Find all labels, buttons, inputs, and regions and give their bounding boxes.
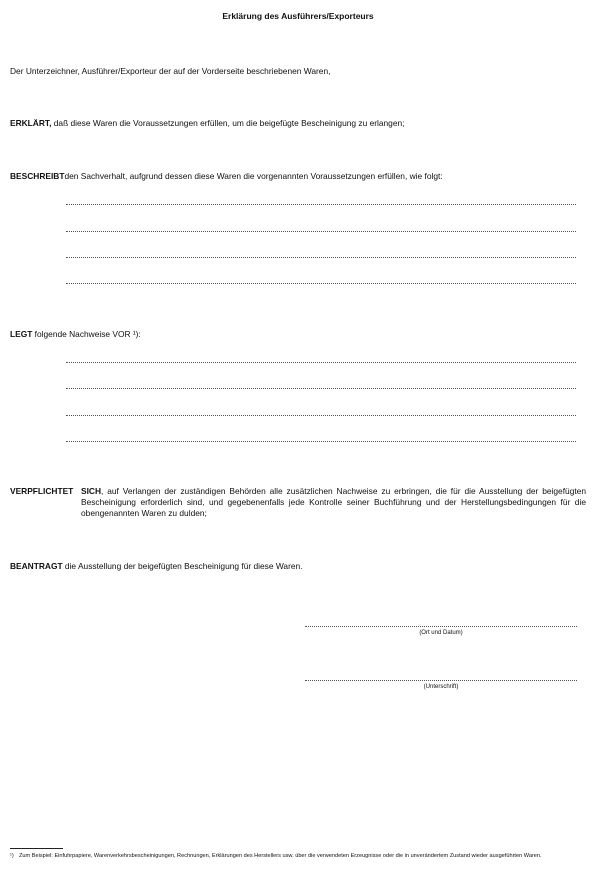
beschreibt-line-1[interactable] bbox=[66, 204, 576, 205]
legt-line-2[interactable] bbox=[66, 388, 576, 389]
legt-line-4[interactable] bbox=[66, 441, 576, 442]
intro-text: Der Unterzeichner, Ausführer/Exporteur d… bbox=[10, 66, 330, 76]
section-erklaert: ERKLÄRT, daß diese Waren die Voraussetzu… bbox=[10, 118, 405, 128]
beschreibt-line-2[interactable] bbox=[66, 231, 576, 232]
section-lead: BEANTRAGT bbox=[10, 561, 63, 571]
section-legt: LEGT folgende Nachweise VOR ¹): bbox=[10, 329, 141, 339]
footnote-divider bbox=[10, 848, 63, 849]
section-lead: LEGT bbox=[10, 329, 32, 339]
beschreibt-line-4[interactable] bbox=[66, 283, 576, 284]
beschreibt-line-3[interactable] bbox=[66, 257, 576, 258]
place-date-line[interactable] bbox=[305, 626, 577, 627]
footnote-mark: ¹) bbox=[10, 853, 14, 860]
section-beschreibt: BESCHREIBTden Sachverhalt, aufgrund dess… bbox=[10, 171, 443, 181]
section-lead: ERKLÄRT, bbox=[10, 118, 51, 128]
signature-line[interactable] bbox=[305, 680, 577, 681]
section-text: folgende Nachweise VOR ¹): bbox=[32, 329, 140, 339]
section-text-lead: SICH bbox=[81, 486, 101, 496]
section-lead: BESCHREIBT bbox=[10, 171, 64, 181]
place-date-label: (Ort und Datum) bbox=[305, 630, 577, 636]
section-lead: VERPFLICHTET bbox=[10, 486, 73, 497]
legt-line-1[interactable] bbox=[66, 362, 576, 363]
section-text: daß diese Waren die Voraussetzungen erfü… bbox=[51, 118, 404, 128]
legt-line-3[interactable] bbox=[66, 415, 576, 416]
signature-label: (Unterschrift) bbox=[305, 684, 577, 690]
section-text: die Ausstellung der beigefügten Beschein… bbox=[63, 561, 303, 571]
section-text-body: , auf Verlangen der zuständigen Behörden… bbox=[81, 486, 586, 518]
footnote-text: Zum Beispiel: Einfuhrpapiere, Warenverke… bbox=[19, 853, 579, 860]
section-text: den Sachverhalt, aufgrund dessen diese W… bbox=[64, 171, 442, 181]
section-beantragt: BEANTRAGT die Ausstellung der beigefügte… bbox=[10, 561, 303, 571]
page-title: Erklärung des Ausführers/Exporteurs bbox=[0, 11, 596, 21]
section-text: SICH, auf Verlangen der zuständigen Behö… bbox=[81, 486, 586, 519]
